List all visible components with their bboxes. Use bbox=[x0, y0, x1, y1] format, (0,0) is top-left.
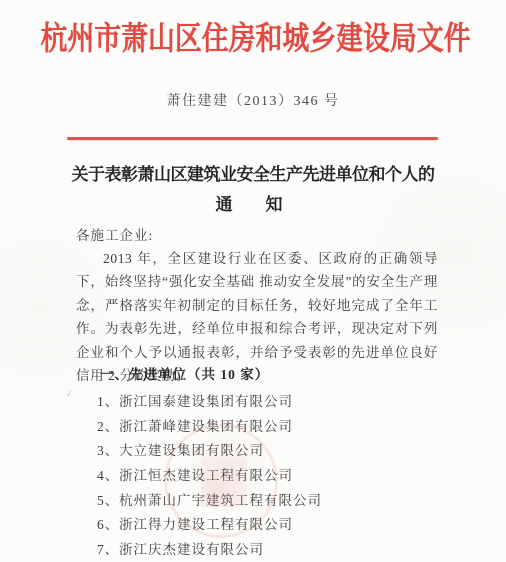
list-item: 5、 杭州萧山广宇建筑工程有限公司 bbox=[97, 486, 457, 511]
letterhead-title: 杭州市萧山区住房和城乡建设局文件 bbox=[40, 16, 465, 60]
advanced-unit-list: 1、 浙江国泰建设集团有限公司 2、 浙江萧峰建设集团有限公司 3、 大立建设集… bbox=[97, 388, 457, 560]
list-item-number: 1、 bbox=[97, 390, 119, 410]
list-item-name: 大立建设集团有限公司 bbox=[119, 439, 264, 459]
list-item: 4、 浙江恒杰建设工程有限公司 bbox=[97, 462, 457, 487]
list-item: 6、 浙江得力建设工程有限公司 bbox=[97, 511, 457, 536]
pencil-check-mark: ✓ bbox=[65, 390, 73, 401]
list-item-name: 浙江国泰建设集团有限公司 bbox=[119, 390, 293, 410]
list-item-name: 浙江萧峰建设集团有限公司 bbox=[119, 415, 293, 435]
list-item-number: 2、 bbox=[97, 415, 119, 435]
section-heading-advanced-units: 一、先进单位（共 10 家） bbox=[100, 365, 269, 385]
list-item-number: 7、 bbox=[97, 538, 119, 558]
list-item-name: 浙江庆杰建设有限公司 bbox=[119, 538, 264, 558]
list-item: 2、 浙江萧峰建设集团有限公司 bbox=[97, 413, 457, 438]
list-item: 7、 浙江庆杰建设有限公司 bbox=[97, 536, 457, 561]
list-item-number: 3、 bbox=[97, 439, 119, 459]
notice-title-line2: 通 知 bbox=[0, 193, 506, 217]
notice-title-line1: 关于表彰萧山区建筑业安全生产先进单位和个人的 bbox=[0, 163, 506, 187]
salutation: 各施工企业: bbox=[76, 226, 153, 245]
list-item: 1、 浙江国泰建设集团有限公司 bbox=[97, 388, 457, 413]
scanned-document-page: 杭州市萧山区住房和城乡建设局文件 萧住建建（2013）346 号 关于表彰萧山区… bbox=[0, 0, 506, 562]
document-number: 萧住建建（2013）346 号 bbox=[0, 92, 506, 112]
red-separator-line bbox=[67, 137, 438, 140]
list-item-name: 浙江恒杰建设工程有限公司 bbox=[119, 464, 293, 484]
list-item: 3、 大立建设集团有限公司 bbox=[97, 437, 457, 462]
list-item-name: 浙江得力建设工程有限公司 bbox=[119, 513, 293, 533]
list-item-number: 6、 bbox=[97, 513, 119, 533]
list-item-number: 4、 bbox=[97, 464, 119, 484]
list-item-number: 5、 bbox=[97, 489, 119, 509]
list-item-name: 杭州萧山广宇建筑工程有限公司 bbox=[119, 489, 322, 509]
